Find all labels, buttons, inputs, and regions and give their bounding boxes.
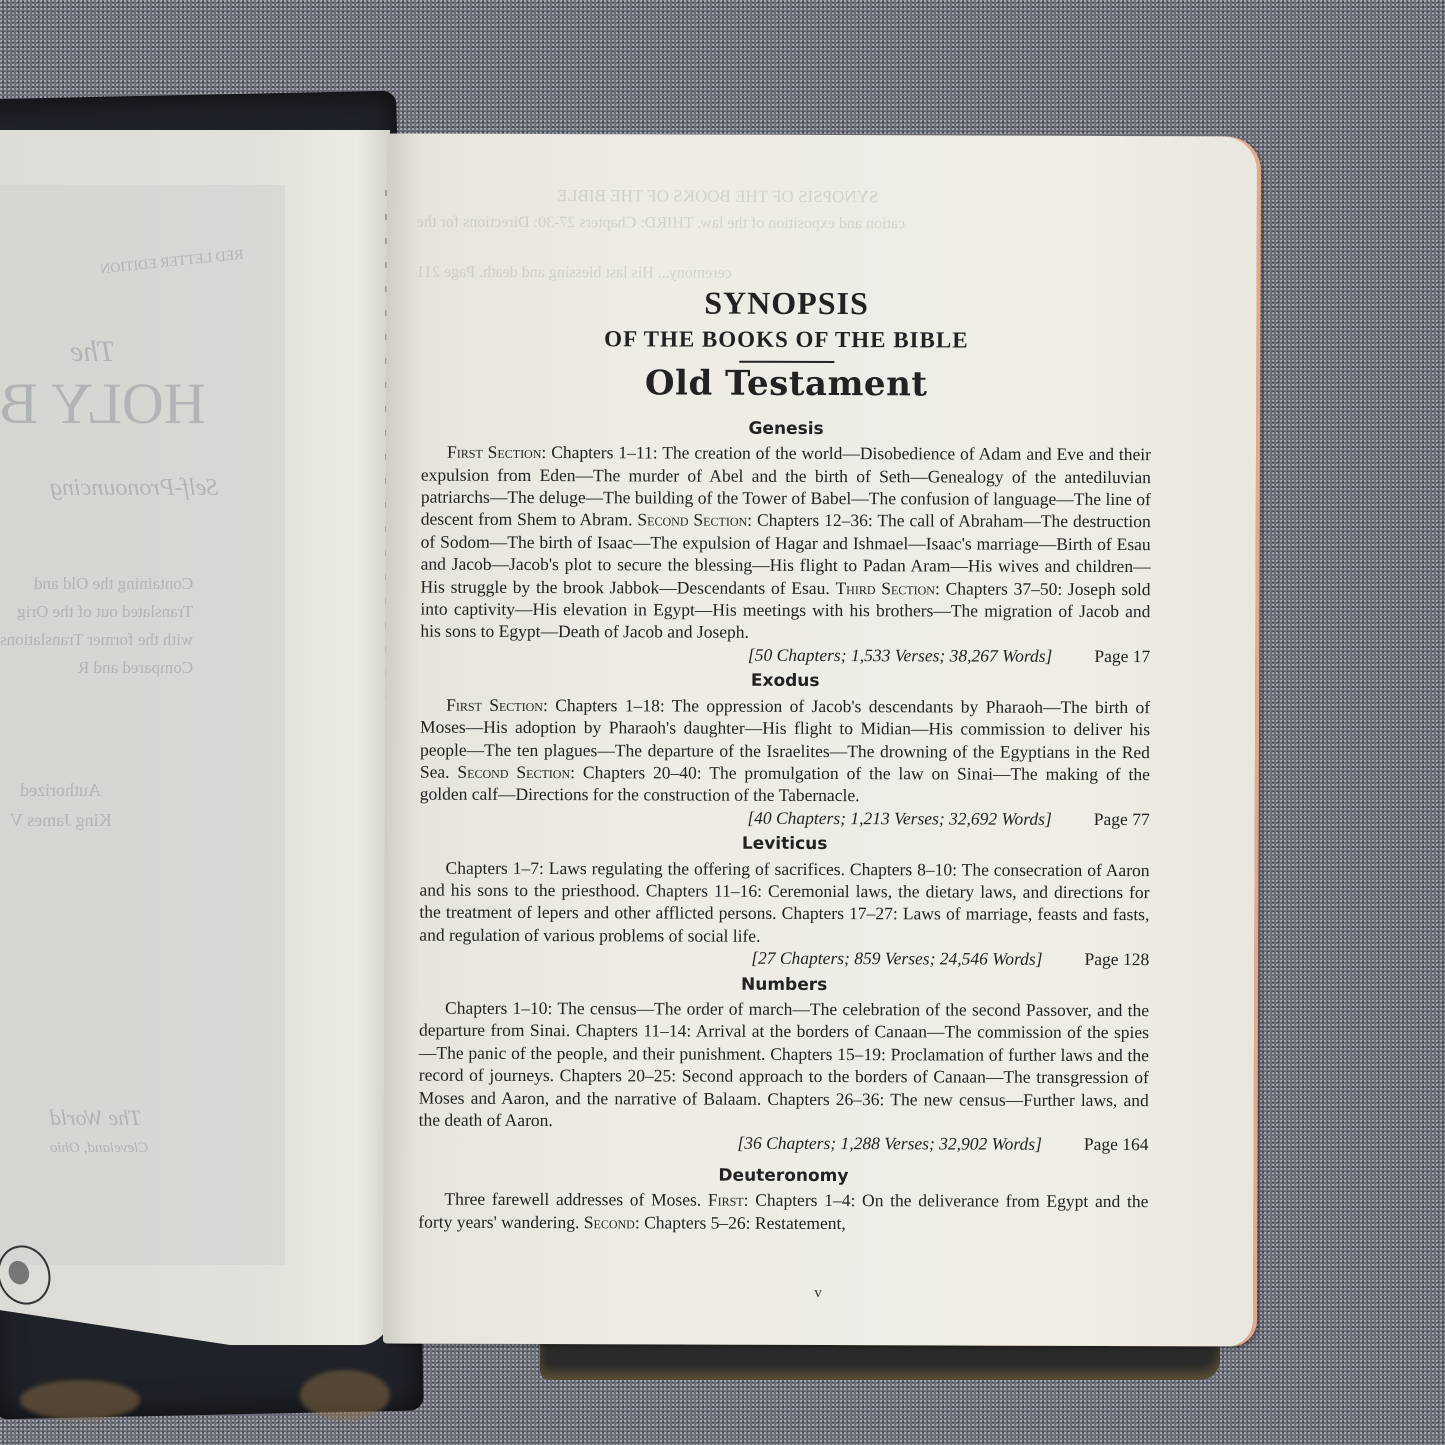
- ghost-city: Cleveland, Ohio: [50, 1140, 148, 1157]
- book-meta: [36 Chapters; 1,288 Verses; 32,902 Words…: [419, 1131, 1149, 1156]
- cover-wear: [20, 1380, 140, 1420]
- book-entry-leviticus: Leviticus Chapters 1–7: Laws regulating …: [419, 832, 1149, 971]
- cover-wear: [300, 1370, 390, 1420]
- book-name: Numbers: [419, 972, 1149, 997]
- ghost-the: The: [70, 335, 115, 369]
- book-summary: First Section: Chapters 1–18: The oppres…: [420, 693, 1150, 808]
- page-subtitle: OF THE BOOKS OF THE BIBLE: [421, 328, 1151, 353]
- book-meta: [50 Chapters; 1,533 Verses; 38,267 Words…: [420, 642, 1150, 667]
- right-page: SYNOPSIS OF THE BOOKS OF THE BIBLE catio…: [383, 133, 1257, 1346]
- book-name: Genesis: [421, 416, 1151, 441]
- book-entry-exodus: Exodus First Section: Chapters 1–18: The…: [420, 669, 1151, 830]
- book-summary: Chapters 1–7: Laws regulating the offeri…: [419, 856, 1149, 948]
- book-meta: [40 Chapters; 1,213 Verses; 32,692 Words…: [420, 805, 1150, 830]
- section-heading-old-testament: Old Testament: [421, 372, 1151, 397]
- page-number: v: [383, 1283, 1253, 1303]
- page-title: SYNOPSIS: [421, 284, 1151, 323]
- left-page-panel: [0, 185, 285, 1265]
- book-stats: [36 Chapters; 1,288 Verses; 32,902 Words…: [737, 1132, 1042, 1155]
- ghost-king-james: King James V: [10, 810, 112, 831]
- book-summary: Chapters 1–10: The census—The order of m…: [419, 997, 1149, 1134]
- title-rule: [739, 361, 834, 363]
- bleed-through-line: cation and exposition of the law. THIRD:…: [417, 214, 905, 234]
- page-reference: Page 164: [1084, 1133, 1149, 1156]
- book-stats: [27 Chapters; 859 Verses; 24,546 Words]: [751, 947, 1042, 970]
- ghost-subtitle: Self-Pronouncing: [50, 475, 218, 502]
- bleed-through-line: ceremony... His last blessing and death.…: [417, 264, 732, 283]
- page-reference: Page 77: [1094, 808, 1150, 831]
- ghost-title: HOLY BI: [0, 370, 206, 437]
- book-summary: First Section: Chapters 1–11: The creati…: [420, 441, 1151, 645]
- book-name: Exodus: [420, 669, 1150, 694]
- book-summary: Three farewell addresses of Moses. First…: [418, 1188, 1148, 1235]
- book-entry-numbers: Numbers Chapters 1–10: The census—The or…: [419, 972, 1150, 1156]
- left-page: RED LETTER EDITION The HOLY BI Self-Pron…: [0, 130, 390, 1345]
- book-name: Leviticus: [420, 832, 1150, 857]
- book-entry-genesis: Genesis First Section: Chapters 1–11: Th…: [420, 416, 1151, 667]
- book-meta: [27 Chapters; 859 Verses; 24,546 Words] …: [419, 946, 1149, 971]
- book-entry-deuteronomy: Deuteronomy Three farewell addresses of …: [418, 1163, 1148, 1235]
- page-reference: Page 128: [1085, 948, 1150, 971]
- book-name: Deuteronomy: [418, 1163, 1148, 1188]
- page-reference: Page 17: [1094, 645, 1150, 668]
- synopsis-content: SYNOPSIS OF THE BOOKS OF THE BIBLE Old T…: [418, 284, 1151, 1240]
- book-stats: [50 Chapters; 1,533 Verses; 38,267 Words…: [748, 644, 1053, 667]
- ghost-authorized: Authorized: [20, 780, 101, 801]
- ghost-lines: Containing the Old and Translated out of…: [0, 570, 193, 682]
- ghost-publisher: The World: [50, 1105, 141, 1131]
- book-stats: [40 Chapters; 1,213 Verses; 32,692 Words…: [747, 806, 1052, 829]
- bleed-through-heading: SYNOPSIS OF THE BOOKS OF THE BIBLE: [557, 186, 879, 207]
